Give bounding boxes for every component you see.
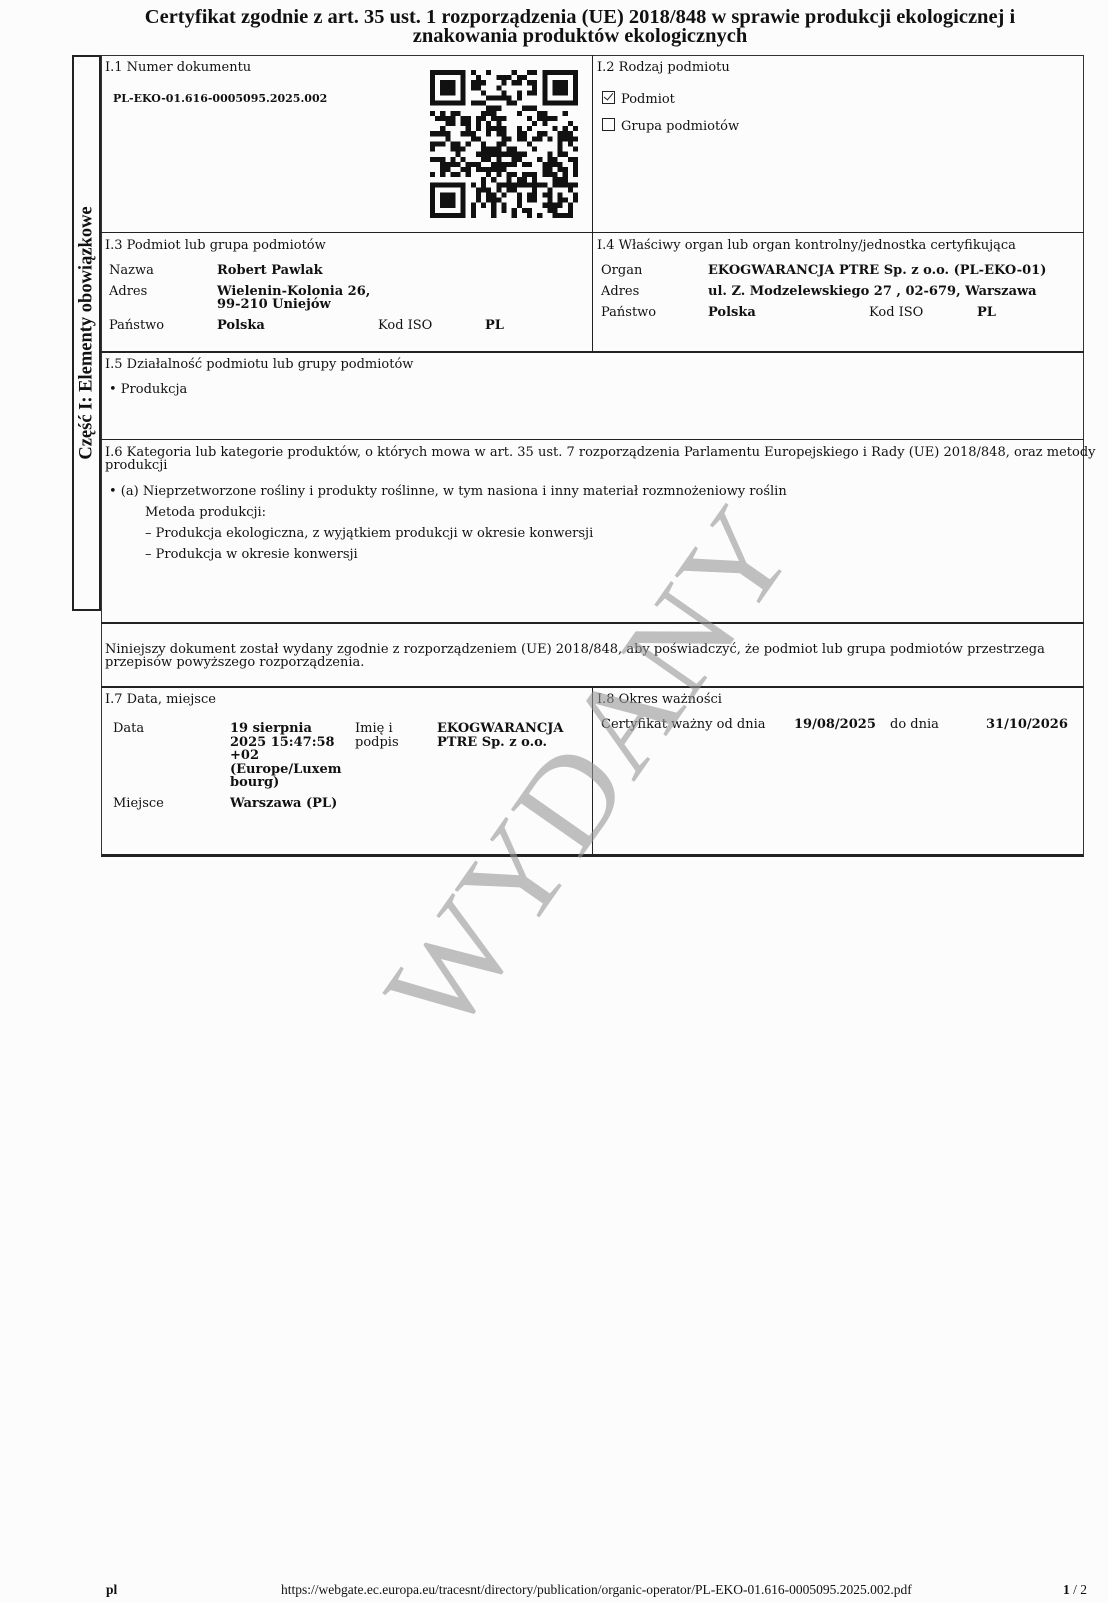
date-label: Data bbox=[113, 722, 144, 736]
country-label: Państwo bbox=[601, 306, 656, 320]
control-body: EKOGWARANCJA PTRE Sp. z o.o. (PL-EKO-01) bbox=[708, 264, 1046, 278]
operator-country: Polska bbox=[217, 319, 265, 333]
checkbox-unchecked-icon[interactable] bbox=[602, 118, 615, 131]
divider bbox=[592, 55, 593, 232]
operator-iso: PL bbox=[485, 319, 504, 333]
valid-to-date: 31/10/2026 bbox=[986, 718, 1068, 732]
footer-url[interactable]: https://webgate.ec.europa.eu/tracesnt/di… bbox=[281, 1582, 912, 1598]
method-label: Metoda produkcji: bbox=[145, 506, 266, 520]
signature: EKOGWARANCJA PTRE Sp. z o.o. bbox=[437, 722, 564, 749]
option-label: Grupa podmiotów bbox=[621, 119, 739, 134]
title-line-2: znakowania produktów ekologicznych bbox=[80, 27, 1080, 46]
qr-code-icon bbox=[430, 70, 578, 218]
name-label: Nazwa bbox=[109, 264, 154, 278]
divider bbox=[592, 686, 593, 857]
statement-line2: przepisów powyższego rozporządzenia. bbox=[105, 656, 364, 670]
divider bbox=[592, 232, 593, 351]
issue-date: 19 sierpnia 2025 15:47:58 +02 (Europe/Lu… bbox=[230, 722, 342, 790]
signature-label-line: Imię i bbox=[355, 722, 399, 736]
address-label: Adres bbox=[601, 285, 639, 299]
s6-heading-line2: produkcji bbox=[105, 459, 167, 473]
control-body-iso: PL bbox=[977, 306, 996, 320]
method-item: – Produkcja w okresie konwersji bbox=[145, 548, 358, 562]
s1-heading: I.1 Numer dokumentu bbox=[105, 60, 251, 75]
valid-from-date: 19/08/2025 bbox=[794, 718, 876, 732]
s6-heading-line1: I.6 Kategoria lub kategorie produktów, o… bbox=[105, 446, 1096, 460]
issue-date-line: +02 bbox=[230, 749, 342, 763]
divider bbox=[101, 439, 1084, 440]
signature-line: EKOGWARANCJA bbox=[437, 722, 564, 736]
option-grupa-podmiotow[interactable]: Grupa podmiotów bbox=[602, 118, 739, 134]
organ-label: Organ bbox=[601, 264, 642, 278]
document-number: PL-EKO-01.616-0005095.2025.002 bbox=[113, 92, 327, 106]
checkbox-checked-icon[interactable] bbox=[602, 91, 615, 104]
signature-line: PTRE Sp. z o.o. bbox=[437, 736, 564, 750]
operator-name: Robert Pawlak bbox=[217, 264, 323, 278]
page-total: / 2 bbox=[1070, 1582, 1087, 1597]
page-current: 1 bbox=[1063, 1582, 1070, 1597]
activity-item: • Produkcja bbox=[109, 383, 187, 397]
iso-label: Kod ISO bbox=[378, 319, 432, 333]
address-label: Adres bbox=[109, 285, 147, 299]
issue-date-line: bourg) bbox=[230, 776, 342, 790]
s8-heading: I.8 Okres ważności bbox=[597, 692, 722, 707]
page-number: 1 / 2 bbox=[1063, 1582, 1087, 1598]
part-label-box: Część I: Elementy obowiązkowe bbox=[72, 55, 101, 611]
s4-heading: I.4 Właściwy organ lub organ kontrolny/j… bbox=[597, 238, 1016, 253]
certificate-title: Certyfikat zgodnie z art. 35 ust. 1 rozp… bbox=[80, 8, 1080, 46]
control-body-country: Polska bbox=[708, 306, 756, 320]
divider bbox=[101, 622, 1084, 624]
control-body-address: ul. Z. Modzelewskiego 27 , 02-679, Warsz… bbox=[708, 285, 1037, 299]
option-podmiot[interactable]: Podmiot bbox=[602, 91, 675, 107]
s3-heading: I.3 Podmiot lub grupa podmiotów bbox=[105, 238, 326, 253]
valid-from-label: Certyfikat ważny od dnia bbox=[601, 718, 766, 732]
issue-date-line: 19 sierpnia bbox=[230, 722, 342, 736]
signature-label-line: podpis bbox=[355, 736, 399, 750]
s5-heading: I.5 Działalność podmiotu lub grupy podmi… bbox=[105, 357, 413, 372]
footer-language: pl bbox=[106, 1582, 117, 1598]
part-label: Część I: Elementy obowiązkowe bbox=[76, 206, 97, 459]
method-item: – Produkcja ekologiczna, z wyjątkiem pro… bbox=[145, 527, 593, 541]
s7-heading: I.7 Data, miejsce bbox=[105, 692, 216, 707]
country-label: Państwo bbox=[109, 319, 164, 333]
issue-date-line: 2025 15:47:58 bbox=[230, 736, 342, 750]
s2-heading: I.2 Rodzaj podmiotu bbox=[597, 60, 730, 75]
issue-place: Warszawa (PL) bbox=[230, 797, 337, 811]
operator-address-line2: 99-210 Uniejów bbox=[217, 298, 331, 312]
divider bbox=[101, 351, 1084, 353]
valid-to-label: do dnia bbox=[890, 718, 939, 732]
iso-label: Kod ISO bbox=[869, 306, 923, 320]
place-label: Miejsce bbox=[113, 797, 164, 811]
signature-label: Imię i podpis bbox=[355, 722, 399, 749]
option-label: Podmiot bbox=[621, 92, 675, 107]
issue-date-line: (Europe/Luxem bbox=[230, 763, 342, 777]
product-category: • (a) Nieprzetworzone rośliny i produkty… bbox=[109, 485, 787, 499]
